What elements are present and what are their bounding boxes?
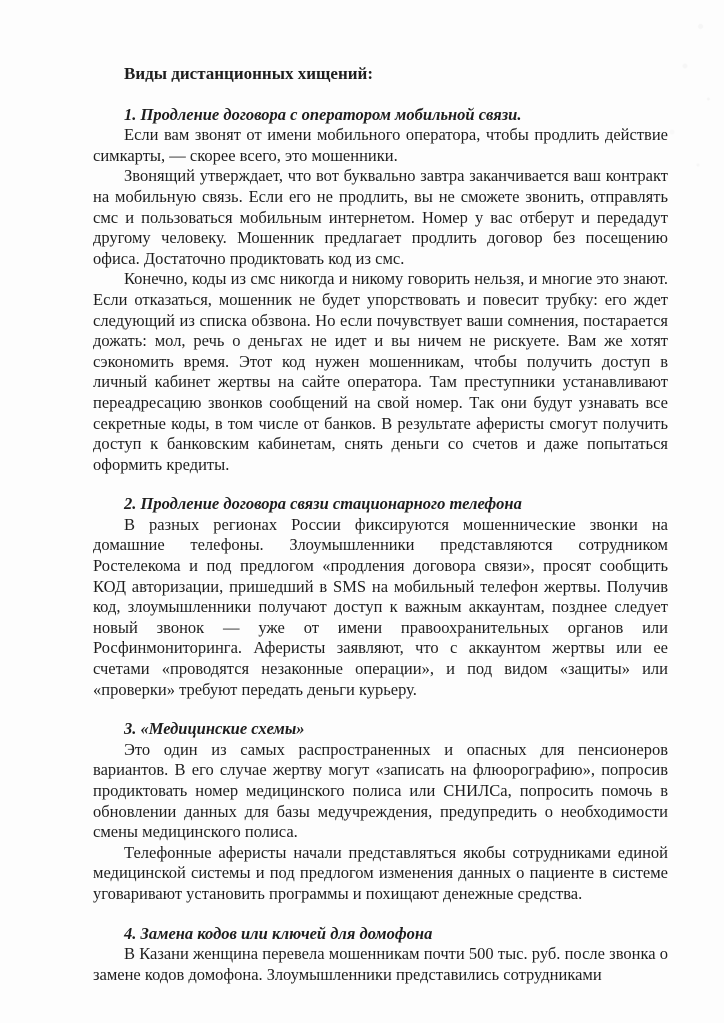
section-landline-contract: 2. Продление договора связи стационарног… (93, 494, 668, 700)
section-3-paragraph-2: Телефонные аферисты начали представлятьс… (93, 843, 668, 905)
section-4-heading: 4. Замена кодов или ключей для домофона (93, 924, 668, 945)
section-2-heading: 2. Продление договора связи стационарног… (93, 494, 668, 515)
section-4-paragraph-1: В Казани женщина перевела мошенникам поч… (93, 944, 668, 985)
section-2-paragraph-1: В разных регионах России фиксируются мош… (93, 515, 668, 700)
document-title: Виды дистанционных хищений: (93, 64, 668, 85)
section-3-heading: 3. «Медицинские схемы» (93, 719, 668, 740)
document-content: Виды дистанционных хищений: 1. Продление… (93, 64, 668, 985)
section-3-paragraph-1: Это один из самых распространенных и опа… (93, 740, 668, 843)
section-mobile-operator: 1. Продление договора с оператором мобил… (93, 105, 668, 476)
section-1-paragraph-3: Конечно, коды из смс никогда и никому го… (93, 269, 668, 475)
section-1-paragraph-1: Если вам звонят от имени мобильного опер… (93, 125, 668, 166)
section-intercom-codes: 4. Замена кодов или ключей для домофона … (93, 924, 668, 986)
section-1-heading: 1. Продление договора с оператором мобил… (93, 105, 668, 126)
document-page: Виды дистанционных хищений: 1. Продление… (0, 0, 724, 1023)
section-1-paragraph-2: Звонящий утверждает, что вот буквально з… (93, 166, 668, 269)
section-medical-schemes: 3. «Медицинские схемы» Это один из самых… (93, 719, 668, 904)
